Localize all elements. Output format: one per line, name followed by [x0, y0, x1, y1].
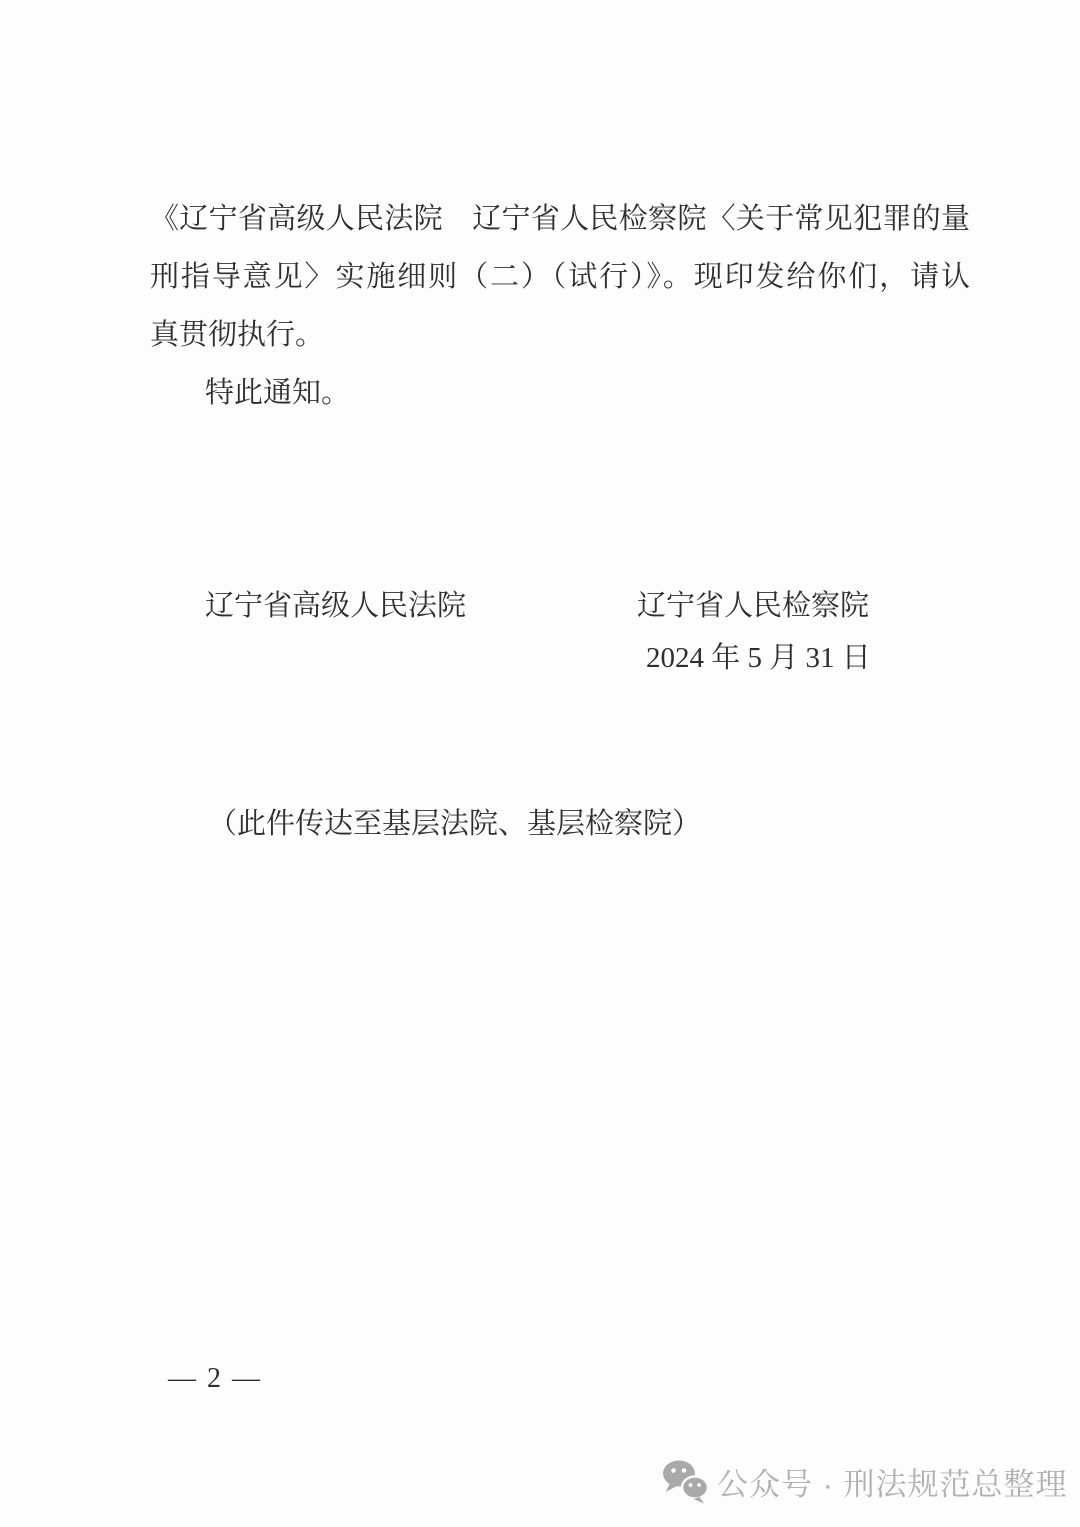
document-page: 《辽宁省高级人民法院 辽宁省人民检察院〈关于常见犯罪的量 刑指导意见〉实施细则（…: [0, 0, 1080, 1527]
signature-org-procuratorate: 辽宁省人民检察院: [637, 590, 869, 623]
watermark-label: 公众号 · 刑法规范总整理: [717, 1459, 1068, 1504]
paragraph-line: 《辽宁省高级人民法院 辽宁省人民检察院〈关于常见犯罪的量: [150, 190, 970, 248]
signature-date: 2024 年 5 月 31 日: [646, 642, 871, 675]
wechat-icon: [661, 1458, 709, 1504]
page-number: — 2 —: [168, 1364, 262, 1394]
notice-line: 特此通知。: [150, 364, 970, 422]
document-body: 《辽宁省高级人民法院 辽宁省人民检察院〈关于常见犯罪的量 刑指导意见〉实施细则（…: [150, 190, 970, 422]
distribution-note: （此件传达至基层法院、基层检察院）: [208, 808, 701, 841]
paragraph-line: 刑指导意见〉实施细则（二）（试行）》。现印发给你们，请认: [150, 248, 970, 306]
signature-org-court: 辽宁省高级人民法院: [205, 590, 466, 623]
paragraph-line: 真贯彻执行。: [150, 306, 970, 364]
watermark-badge: 公众号 · 刑法规范总整理: [661, 1456, 1068, 1506]
